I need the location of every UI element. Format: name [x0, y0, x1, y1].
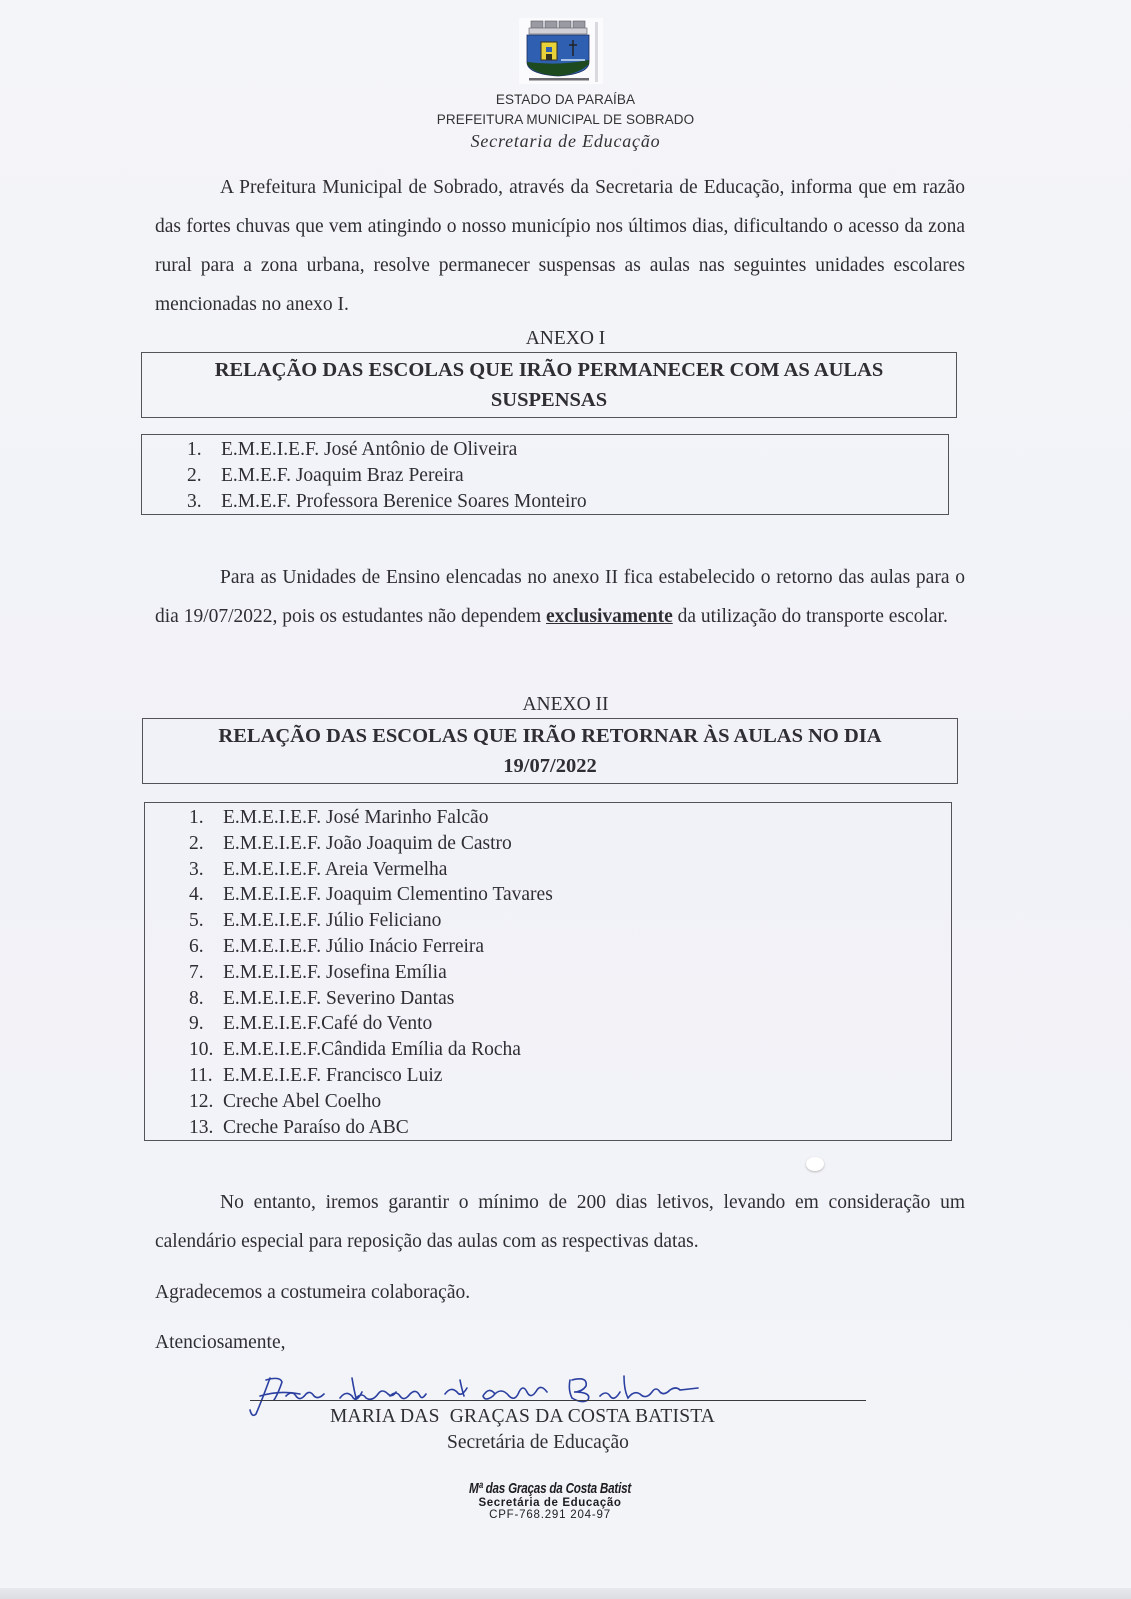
thanks-text: Agradecemos a costumeira colaboração.	[155, 1282, 470, 1304]
school-name: E.M.E.I.E.F.Café do Vento	[223, 1013, 432, 1034]
school-number: 11.	[189, 1063, 223, 1089]
school-number: 2.	[187, 463, 221, 489]
page-bottom-edge	[0, 1588, 1131, 1599]
stamp-role: Secretária de Educação	[440, 1497, 660, 1509]
annex2-label: ANEXO II	[0, 694, 1131, 716]
paper-smudge	[806, 1157, 824, 1171]
school-list-item: 4.E.M.E.I.E.F. Joaquim Clementino Tavare…	[145, 882, 951, 908]
annex2-title-line1: RELAÇÃO DAS ESCOLAS QUE IRÃO RETORNAR ÀS…	[143, 721, 957, 751]
intro-paragraph-text: A Prefeitura Municipal de Sobrado, atrav…	[155, 177, 965, 315]
header-secretariat: Secretaria de Educação	[0, 131, 1131, 152]
school-name: E.M.E.I.E.F. Júlio Feliciano	[223, 910, 441, 931]
school-number: 4.	[189, 882, 223, 908]
school-list-item: 1.E.M.E.I.E.F. José Marinho Falcão	[145, 805, 951, 831]
school-name: E.M.E.I.E.F. José Antônio de Oliveira	[221, 439, 517, 460]
school-list-item: 11.E.M.E.I.E.F. Francisco Luiz	[145, 1063, 951, 1089]
school-name: E.M.E.I.E.F. Josefina Emília	[223, 962, 447, 983]
school-name: E.M.E.I.E.F. Júlio Inácio Ferreira	[223, 936, 484, 957]
school-name: E.M.E.F. Professora Berenice Soares Mont…	[221, 491, 587, 512]
annex2-school-list: 1.E.M.E.I.E.F. José Marinho Falcão2.E.M.…	[144, 802, 952, 1141]
school-name: E.M.E.I.E.F.Cândida Emília da Rocha	[223, 1039, 521, 1060]
official-stamp: Mª das Graças da Costa Batist Secretária…	[440, 1480, 660, 1521]
header-state: ESTADO DA PARAÍBA	[0, 92, 1131, 107]
school-list-item: 1.E.M.E.I.E.F. José Antônio de Oliveira	[142, 437, 948, 463]
school-number: 5.	[189, 908, 223, 934]
school-list-item: 8.E.M.E.I.E.F. Severino Dantas	[145, 986, 951, 1012]
school-list-item: 13.Creche Paraíso do ABC	[145, 1115, 951, 1141]
annex2-title-line2: 19/07/2022	[143, 751, 957, 781]
school-list-item: 5.E.M.E.I.E.F. Júlio Feliciano	[145, 908, 951, 934]
school-name: Creche Abel Coelho	[223, 1091, 381, 1112]
school-list-item: 7.E.M.E.I.E.F. Josefina Emília	[145, 960, 951, 986]
school-list-item: 12.Creche Abel Coelho	[145, 1089, 951, 1115]
school-list-item: 2.E.M.E.I.E.F. João Joaquim de Castro	[145, 831, 951, 857]
return-paragraph: Para as Unidades de Ensino elencadas no …	[155, 558, 965, 636]
return-paragraph-emphasis: exclusivamente	[546, 606, 673, 627]
document-page: ESTADO DA PARAÍBA PREFEITURA MUNICIPAL D…	[0, 0, 1131, 1599]
annex1-title-line2: SUSPENSAS	[142, 385, 956, 415]
school-number: 1.	[187, 437, 221, 463]
school-number: 2.	[189, 831, 223, 857]
school-list-item: 3.E.M.E.F. Professora Berenice Soares Mo…	[142, 489, 948, 515]
school-number: 10.	[189, 1037, 223, 1063]
school-number: 3.	[189, 857, 223, 883]
school-number: 6.	[189, 934, 223, 960]
school-name: E.M.E.I.E.F. João Joaquim de Castro	[223, 833, 512, 854]
school-name: E.M.E.I.E.F. Joaquim Clementino Tavares	[223, 884, 553, 905]
school-name: E.M.E.I.E.F. Areia Vermelha	[223, 859, 447, 880]
signature-line	[250, 1400, 866, 1401]
annex1-title-line1: RELAÇÃO DAS ESCOLAS QUE IRÃO PERMANECER …	[142, 355, 956, 385]
annex1-school-list: 1.E.M.E.I.E.F. José Antônio de Oliveira2…	[141, 434, 949, 515]
school-number: 13.	[189, 1115, 223, 1141]
closing-paragraph-text: No entanto, iremos garantir o mínimo de …	[155, 1192, 965, 1252]
closing-paragraph: No entanto, iremos garantir o mínimo de …	[155, 1183, 965, 1261]
school-list-item: 3.E.M.E.I.E.F. Areia Vermelha	[145, 857, 951, 883]
school-number: 9.	[189, 1011, 223, 1037]
school-name: E.M.E.I.E.F. Francisco Luiz	[223, 1065, 442, 1086]
school-name: E.M.E.F. Joaquim Braz Pereira	[221, 465, 464, 486]
return-paragraph-after: da utilização do transporte escolar.	[673, 606, 948, 627]
stamp-name: Mª das Graças da Costa Batist	[464, 1480, 636, 1497]
annex2-title-box: RELAÇÃO DAS ESCOLAS QUE IRÃO RETORNAR ÀS…	[142, 718, 958, 784]
header-prefecture: PREFEITURA MUNICIPAL DE SOBRADO	[0, 112, 1131, 127]
school-list-item: 6.E.M.E.I.E.F. Júlio Inácio Ferreira	[145, 934, 951, 960]
school-number: 7.	[189, 960, 223, 986]
coat-of-arms-icon	[519, 18, 603, 84]
school-name: E.M.E.I.E.F. Severino Dantas	[223, 988, 454, 1009]
school-list-item: 2.E.M.E.F. Joaquim Braz Pereira	[142, 463, 948, 489]
annex1-title-box: RELAÇÃO DAS ESCOLAS QUE IRÃO PERMANECER …	[141, 352, 957, 418]
school-list-item: 10.E.M.E.I.E.F.Cândida Emília da Rocha	[145, 1037, 951, 1063]
school-number: 8.	[189, 986, 223, 1012]
stamp-cpf: CPF-768.291 204-97	[440, 1509, 660, 1521]
school-number: 3.	[187, 489, 221, 515]
signatory-name: MARIA DAS GRAÇAS DA COSTA BATISTA	[330, 1406, 715, 1428]
salutation-text: Atenciosamente,	[155, 1332, 286, 1354]
signatory-role: Secretária de Educação	[447, 1432, 629, 1454]
school-number: 1.	[189, 805, 223, 831]
school-number: 12.	[189, 1089, 223, 1115]
annex1-label: ANEXO I	[0, 328, 1131, 350]
school-name: E.M.E.I.E.F. José Marinho Falcão	[223, 807, 488, 828]
school-name: Creche Paraíso do ABC	[223, 1117, 409, 1138]
intro-paragraph: A Prefeitura Municipal de Sobrado, atrav…	[155, 168, 965, 324]
school-list-item: 9.E.M.E.I.E.F.Café do Vento	[145, 1011, 951, 1037]
